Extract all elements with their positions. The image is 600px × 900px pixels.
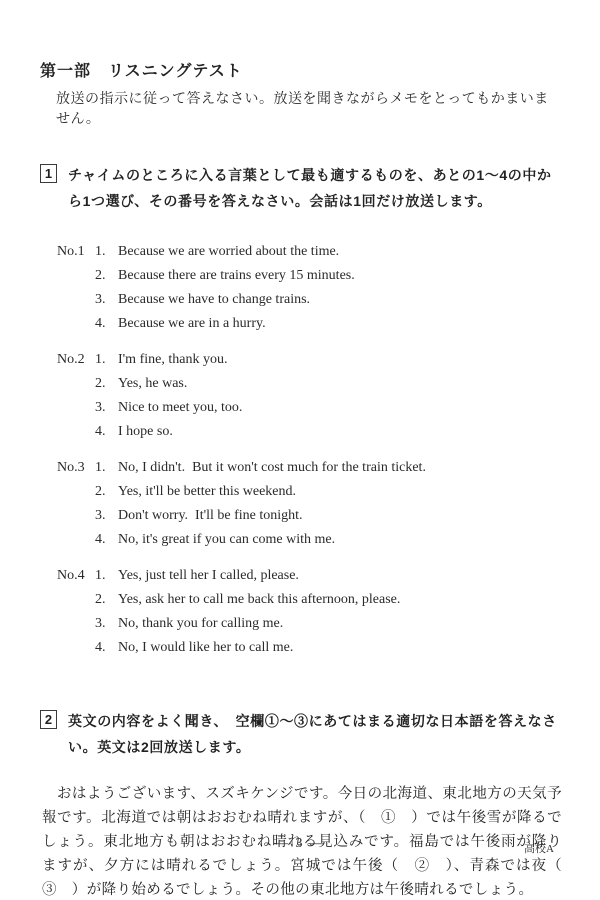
option-number: 1. xyxy=(95,564,118,588)
option-row: 3. Don't worry. It'll be fine tonight. xyxy=(95,504,560,528)
option-row: 2. Because there are trains every 15 min… xyxy=(95,264,560,288)
section-1-number-box: 1 xyxy=(40,164,57,183)
option-number: 1. xyxy=(95,240,118,264)
section-1-instruction: チャイムのところに入る言葉として最も適するものを、あとの1～4の中から1つ選び、… xyxy=(68,162,560,214)
question-label: No.3 xyxy=(57,456,95,552)
option-text: Yes, just tell her I called, please. xyxy=(118,564,299,588)
option-row: 3. Nice to meet you, too. xyxy=(95,396,560,420)
option-number: 2. xyxy=(95,372,118,396)
option-text: Yes, he was. xyxy=(118,372,187,396)
option-number: 3. xyxy=(95,612,118,636)
option-list: 1. No, I didn't. But it won't cost much … xyxy=(95,456,560,552)
question-list: No.1 1. Because we are worried about the… xyxy=(40,240,560,660)
option-text: No, it's great if you can come with me. xyxy=(118,528,335,552)
option-number: 4. xyxy=(95,528,118,552)
option-row: 2. Yes, it'll be better this weekend. xyxy=(95,480,560,504)
page-content: 第一部 リスニングテスト 放送の指示に従って答えなさい。放送を聞きながらメモをと… xyxy=(0,0,600,900)
part-title: 第一部 リスニングテスト xyxy=(40,58,560,81)
page-number: — 3 — xyxy=(0,836,600,852)
option-row: 1. Yes, just tell her I called, please. xyxy=(95,564,560,588)
option-text: Don't worry. It'll be fine tonight. xyxy=(118,504,303,528)
question-label: No.2 xyxy=(57,348,95,444)
option-row: 4. No, it's great if you can come with m… xyxy=(95,528,560,552)
option-number: 1. xyxy=(95,456,118,480)
option-number: 4. xyxy=(95,312,118,336)
question-no2: No.2 1. I'm fine, thank you. 2. Yes, he … xyxy=(57,348,560,444)
part-instruction: 放送の指示に従って答えなさい。放送を聞きながらメモをとってもかまいません。 xyxy=(40,88,560,128)
option-row: 4. Because we are in a hurry. xyxy=(95,312,560,336)
option-number: 2. xyxy=(95,264,118,288)
option-list: 1. Yes, just tell her I called, please. … xyxy=(95,564,560,660)
question-no3: No.3 1. No, I didn't. But it won't cost … xyxy=(57,456,560,552)
option-text: Because there are trains every 15 minute… xyxy=(118,264,355,288)
option-number: 3. xyxy=(95,396,118,420)
option-row: 2. Yes, ask her to call me back this aft… xyxy=(95,588,560,612)
option-number: 3. xyxy=(95,504,118,528)
option-number: 2. xyxy=(95,480,118,504)
option-text: Nice to meet you, too. xyxy=(118,396,242,420)
option-text: No, I would like her to call me. xyxy=(118,636,293,660)
option-row: 4. No, I would like her to call me. xyxy=(95,636,560,660)
question-label: No.1 xyxy=(57,240,95,336)
section-1-header: 1 チャイムのところに入る言葉として最も適するものを、あとの1～4の中から1つ選… xyxy=(40,162,560,214)
question-no1: No.1 1. Because we are worried about the… xyxy=(57,240,560,336)
option-text: No, I didn't. But it won't cost much for… xyxy=(118,456,426,480)
exam-page: 第一部 リスニングテスト 放送の指示に従って答えなさい。放送を聞きながらメモをと… xyxy=(0,0,600,900)
option-text: Because we are in a hurry. xyxy=(118,312,266,336)
option-row: 4. I hope so. xyxy=(95,420,560,444)
page-footer: — 3 — 高校A xyxy=(0,836,600,860)
option-row: 3. No, thank you for calling me. xyxy=(95,612,560,636)
option-list: 1. I'm fine, thank you. 2. Yes, he was. … xyxy=(95,348,560,444)
question-no4: No.4 1. Yes, just tell her I called, ple… xyxy=(57,564,560,660)
option-number: 2. xyxy=(95,588,118,612)
option-text: Yes, it'll be better this weekend. xyxy=(118,480,296,504)
option-row: 3. Because we have to change trains. xyxy=(95,288,560,312)
option-text: Yes, ask her to call me back this aftern… xyxy=(118,588,400,612)
option-text: I'm fine, thank you. xyxy=(118,348,227,372)
option-row: 1. No, I didn't. But it won't cost much … xyxy=(95,456,560,480)
section-2-number-box: 2 xyxy=(40,710,57,729)
option-row: 2. Yes, he was. xyxy=(95,372,560,396)
option-number: 4. xyxy=(95,636,118,660)
option-number: 1. xyxy=(95,348,118,372)
option-text: No, thank you for calling me. xyxy=(118,612,283,636)
option-row: 1. I'm fine, thank you. xyxy=(95,348,560,372)
edition-label: 高校A xyxy=(524,840,554,856)
option-text: Because we have to change trains. xyxy=(118,288,310,312)
option-list: 1. Because we are worried about the time… xyxy=(95,240,560,336)
option-number: 4. xyxy=(95,420,118,444)
section-2-instruction: 英文の内容をよく聞き、 空欄①～③にあてはまる適切な日本語を答えなさい。英文は2… xyxy=(68,708,560,760)
question-label: No.4 xyxy=(57,564,95,660)
option-row: 1. Because we are worried about the time… xyxy=(95,240,560,264)
option-number: 3. xyxy=(95,288,118,312)
option-text: Because we are worried about the time. xyxy=(118,240,339,264)
section-2-header: 2 英文の内容をよく聞き、 空欄①～③にあてはまる適切な日本語を答えなさい。英文… xyxy=(40,708,560,760)
option-text: I hope so. xyxy=(118,420,173,444)
